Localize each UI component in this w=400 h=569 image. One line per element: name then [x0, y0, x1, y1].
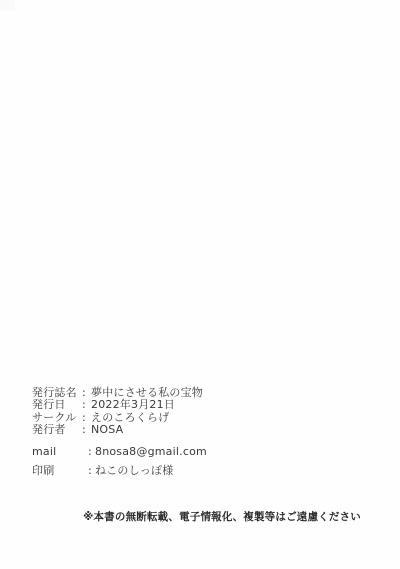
scan-artifact	[0, 0, 15, 11]
colophon-page: 発行誌名 : 夢中にさせる私の宝物 発行日 : 2022年3月21日 サークル …	[0, 0, 400, 569]
mail-address-text: 8nosa8@gmail.com	[95, 446, 207, 458]
colophon-label: 発行者	[32, 424, 82, 436]
colophon-colon: :	[88, 446, 95, 458]
colophon-colon: :	[82, 424, 91, 436]
colophon-value: ねこのしっぽ様	[95, 465, 173, 477]
colophon-label: mail	[32, 446, 88, 458]
publication-info-block: 発行誌名 : 夢中にさせる私の宝物 発行日 : 2022年3月21日 サークル …	[32, 387, 203, 437]
colophon-row-publisher: 発行者 : NOSA	[32, 424, 203, 436]
colophon-value: 2022年3月21日	[91, 399, 175, 411]
colophon-label: 発行日	[32, 399, 82, 411]
colophon-label: 印刷	[32, 465, 88, 477]
colophon-value: NOSA	[91, 424, 123, 436]
colophon-colon: :	[88, 465, 95, 477]
copyright-disclaimer: ※本書の無断転載、電子情報化、複製等はご遠慮ください	[83, 510, 361, 525]
colophon-colon: :	[82, 399, 91, 411]
colophon-row-printer: 印刷 : ねこのしっぽ様	[32, 465, 173, 477]
colophon-row-mail: mail : 8nosa8@gmail.com	[32, 446, 207, 458]
colophon-row-date: 発行日 : 2022年3月21日	[32, 399, 203, 411]
